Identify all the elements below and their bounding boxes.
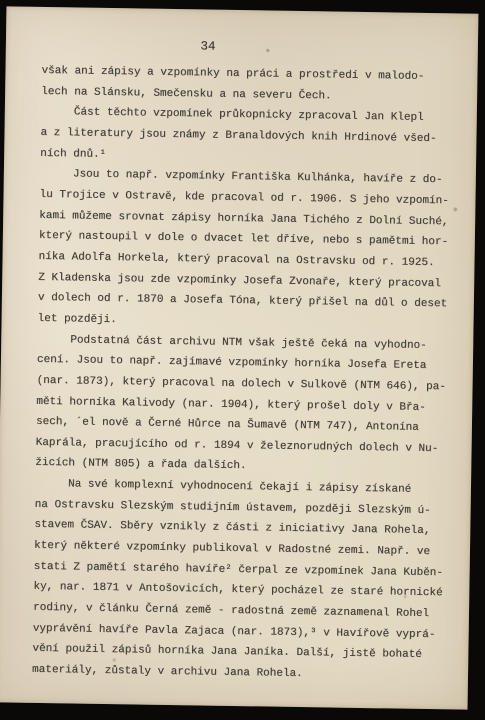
page-text: však ani zápisy a vzpomínky na práci a p… <box>32 61 462 687</box>
document-page: 34 však ani zápisy a vzpomínky na práci … <box>0 6 478 709</box>
page-number: 34 <box>6 36 410 56</box>
